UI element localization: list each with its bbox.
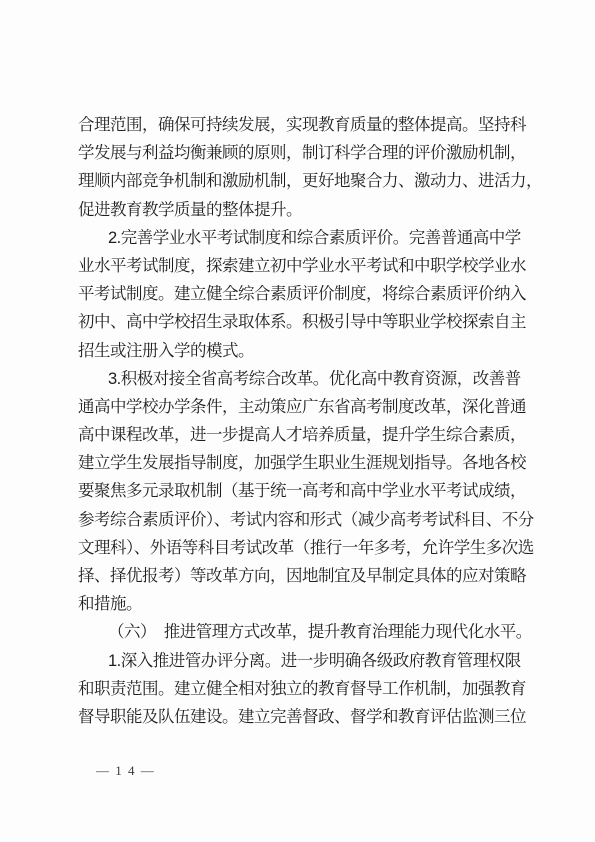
text-line: 和措施。 [78, 590, 520, 618]
body-text: 合理范围，确保可持续发展，实现教育质量的整体提高。坚持科 学发展与利益均衡兼顾的… [78, 111, 520, 731]
text-line: 初中、高中学校招生录取体系。积极引导中等职业学校探索自主 [78, 308, 520, 336]
text-line: 通高中学校办学条件，主动策应广东省高考制度改革，深化普通 [78, 393, 520, 421]
text-line-section-heading: （六） 推进管理方式改革，提升教育治理能力现代化水平。 [78, 618, 520, 646]
text-line: 招生或注册入学的模式。 [78, 337, 520, 365]
text-line: 参考综合素质评价）、考试内容和形式（减少高考考试科目、不分 [78, 506, 520, 534]
text-line: 促进教育教学质量的整体提升。 [78, 196, 520, 224]
text-line: 文理科）、外语等科目考试改革（推行一年多考，允许学生多次选 [78, 534, 520, 562]
text-line: 督导职能及队伍建设。建立完善督政、督学和教育评估监测三位 [78, 703, 520, 731]
text-line: 建立学生发展指导制度，加强学生职业生涯规划指导。各地各校 [78, 449, 520, 477]
page-number: — 1 4 — [96, 763, 155, 779]
text-line: 择、择优报考）等改革方向，因地制宜及早制定具体的应对策略 [78, 562, 520, 590]
text-line: 要聚焦多元录取机制（基于统一高考和高中学业水平考试成绩， [78, 477, 520, 505]
document-page: 合理范围，确保可持续发展，实现教育质量的整体提高。坚持科 学发展与利益均衡兼顾的… [0, 0, 595, 842]
text-line: 高中课程改革，进一步提高人才培养质量，提升学生综合素质， [78, 421, 520, 449]
text-line: 平考试制度。建立健全综合素质评价制度，将综合素质评价纳入 [78, 280, 520, 308]
text-line: 和职责范围。建立健全相对独立的教育督导工作机制，加强教育 [78, 675, 520, 703]
text-line: 学发展与利益均衡兼顾的原则，制订科学合理的评价激励机制， [78, 139, 520, 167]
text-line: 理顺内部竞争机制和激励机制，更好地聚合力、激动力、进活力， [78, 167, 520, 195]
text-line-paragraph-start: 2.完善学业水平考试制度和综合素质评价。完善普通高中学 [78, 224, 520, 252]
text-line-paragraph-start: 1.深入推进管办评分离。进一步明确各级政府教育管理权限 [78, 647, 520, 675]
text-line: 业水平考试制度，探索建立初中学业水平考试和中职学校学业水 [78, 252, 520, 280]
text-line: 合理范围，确保可持续发展，实现教育质量的整体提高。坚持科 [78, 111, 520, 139]
text-line-paragraph-start: 3.积极对接全省高考综合改革。优化高中教育资源，改善普 [78, 365, 520, 393]
